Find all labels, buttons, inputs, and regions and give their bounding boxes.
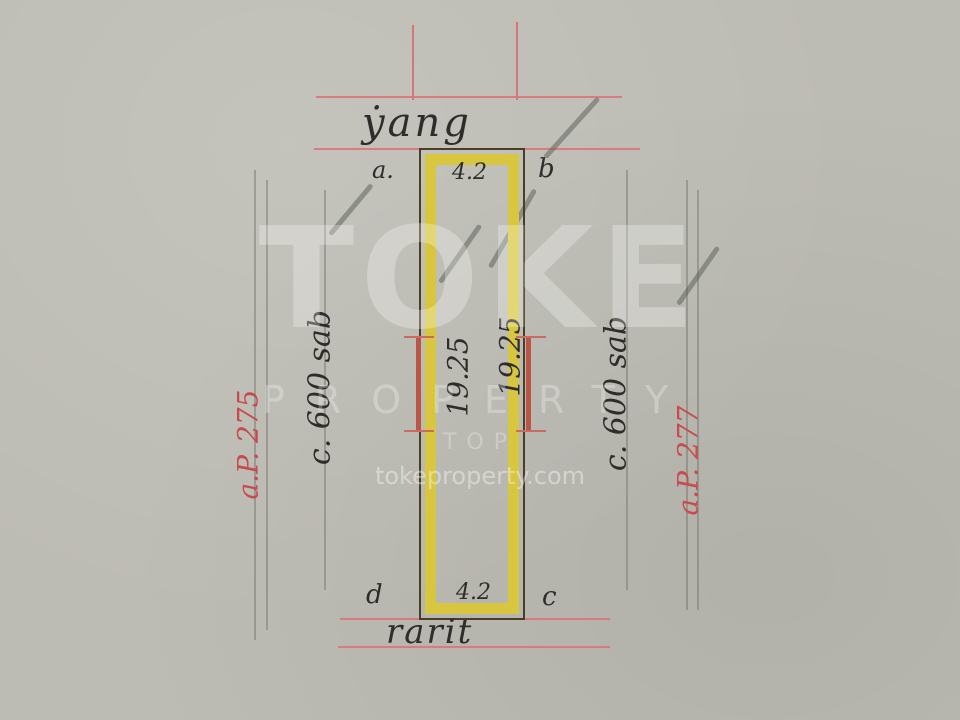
corner-d-label: d — [366, 580, 383, 610]
watermark-brand: TOKE — [240, 210, 720, 350]
top-road-label: ẏang — [362, 100, 472, 146]
corner-a-label: a. — [372, 156, 394, 184]
plot-top-width: 4.2 — [452, 160, 487, 185]
top-stub-right — [516, 22, 518, 100]
corner-b-label: b — [538, 154, 555, 184]
bottom-road-label: rarit — [386, 612, 473, 652]
watermark-sub: PROPERTY — [260, 378, 700, 422]
watermark-tag: TOP — [380, 430, 580, 455]
watermark-url: tokeproperty.com — [330, 462, 630, 490]
top-stub-left — [412, 25, 414, 100]
top-road-line-upper — [316, 96, 622, 98]
plot-bottom-width: 4.2 — [456, 580, 491, 605]
bottom-road-line-lower — [338, 646, 610, 648]
corner-c-label: c — [542, 582, 557, 612]
